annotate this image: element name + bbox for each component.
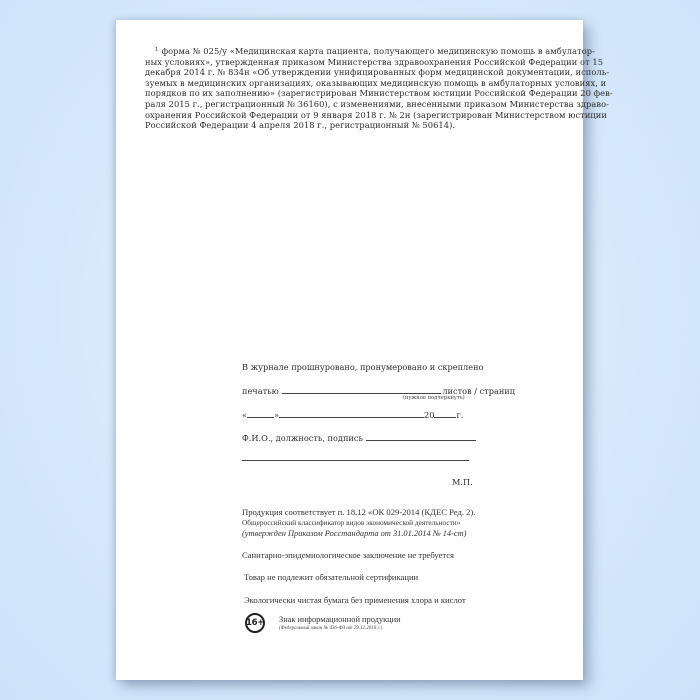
approval-text: (утвержден Приказом Росстандарта от 31.0… <box>242 529 466 538</box>
document-page: 1форма № 025/у «Медицинская карта пациен… <box>116 20 583 680</box>
month-blank <box>279 409 424 418</box>
sheets-count-blank <box>282 385 441 394</box>
age-rating-law: (Федеральный закон № 436-ФЗ от 29.12.201… <box>279 626 382 631</box>
footnote-line: зуемых в медицинских организациях, оказы… <box>145 78 557 89</box>
sanitary-text: Санитарно-эпидемиологическое заключение … <box>242 550 454 560</box>
age-rating-label: Знак информационной продукции <box>279 615 401 624</box>
signature-label: Ф.И.О., должность, подпись <box>242 433 363 443</box>
seal-sheets-line: печатью листов / страниц <box>242 385 515 396</box>
stamp-label: М.П. <box>452 477 473 487</box>
compliance-text: Продукция соответствует п. 18.12 «ОК 029… <box>242 507 475 517</box>
footnote-marker: 1 <box>155 47 159 53</box>
footnote-line: порядков по их заполнению» (зарегистриро… <box>145 88 557 99</box>
date-line: «»20г. <box>242 409 463 420</box>
signature-blank <box>366 432 476 441</box>
seal-label: печатью <box>242 386 279 396</box>
footnote-line: 1форма № 025/у «Медицинская карта пациен… <box>145 45 557 57</box>
binding-statement: В журнале прошнуровано, пронумеровано и … <box>242 362 483 372</box>
footnote-line: декабря 2014 г. № 834н «Об утверждении у… <box>145 67 557 78</box>
age-rating-icon: 16+ <box>245 613 265 633</box>
day-blank <box>247 409 274 418</box>
signature-line: Ф.И.О., должность, подпись <box>242 432 476 443</box>
footnote-line: охранения Российской Федерации от 9 янва… <box>145 110 557 121</box>
footnote: 1форма № 025/у «Медицинская карта пациен… <box>145 45 557 131</box>
no-certification-text: Товар не подлежит обязательной сертифика… <box>244 572 418 582</box>
classifier-text: Общероссийский классификатор видов эконо… <box>242 518 460 527</box>
year-blank <box>434 409 456 418</box>
blank-line <box>242 460 469 461</box>
footnote-line: ных условиях», утвержденная приказом Мин… <box>145 57 557 68</box>
footnote-line: Российской Федерации 4 апреля 2018 г., р… <box>145 120 557 131</box>
underline-hint: (нужное подчеркнуть) <box>403 395 465 401</box>
eco-paper-text: Экологически чистая бумага без применени… <box>244 595 466 605</box>
footnote-line: раля 2015 г., регистрационный № 36160), … <box>145 99 557 110</box>
